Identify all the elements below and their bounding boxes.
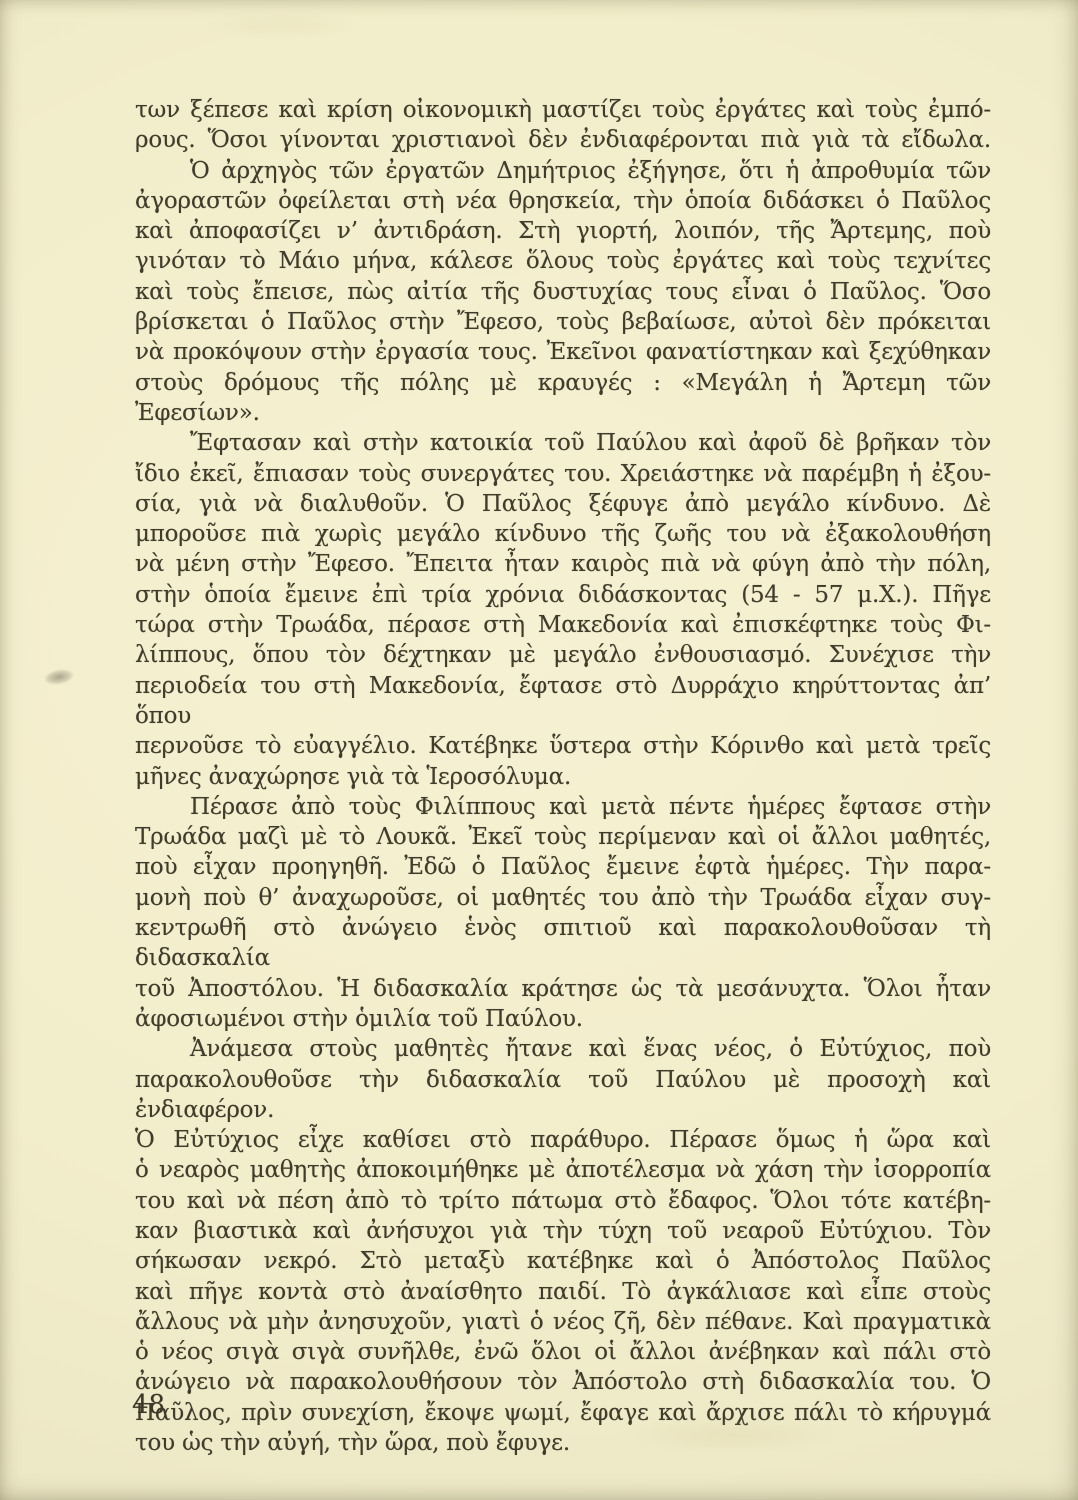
page-text: των ξέπεσε καὶ κρίση οἰκονομικὴ μαστίζει… xyxy=(135,95,991,1458)
page-number: 48 xyxy=(132,1390,165,1420)
text-line: ἀγοραστῶν ὀφείλεται στὴ νέα θρησκεία, τὴ… xyxy=(135,186,991,216)
text-line: ὁ νεαρὸς μαθητὴς ἀποκοιμήθηκε μὲ ἀποτέλε… xyxy=(135,1155,991,1185)
text-line: Ἔφτασαν καὶ στὴν κατοικία τοῦ Παύλου καὶ… xyxy=(135,428,991,458)
paragraph: Πέρασε ἀπὸ τοὺς Φιλίππους καὶ μετὰ πέντε… xyxy=(135,792,991,1034)
text-line: ἀνώγειο νὰ παρακολουθήσουν τὸν Ἀπόστολο … xyxy=(135,1367,991,1397)
text-line: παρακολουθοῦσε τὴν διδασκαλία τοῦ Παύλου… xyxy=(135,1065,991,1126)
text-line: καὶ πῆγε κοντὰ στὸ ἀναίσθητο παιδί. Τὸ ἀ… xyxy=(135,1277,991,1307)
paragraph: Ὁ ἀρχηγὸς τῶν ἐργατῶν Δημήτριος ἐξήγησε,… xyxy=(135,156,991,429)
text-line: Τρωάδα μαζὶ μὲ τὸ Λουκᾶ. Ἐκεῖ τοὺς περίμ… xyxy=(135,822,991,852)
pencil-smudge xyxy=(40,663,77,691)
text-line: περνοῦσε τὸ εὐαγγέλιο. Κατέβηκε ὕστερα σ… xyxy=(135,731,991,761)
text-line: λίππους, ὅπου τὸν δέχτηκαν μὲ μεγάλο ἐνθ… xyxy=(135,640,991,670)
paragraph: των ξέπεσε καὶ κρίση οἰκονομικὴ μαστίζει… xyxy=(135,95,991,156)
text-line: των ξέπεσε καὶ κρίση οἰκονομικὴ μαστίζει… xyxy=(135,95,991,125)
text-line: ἄλλους νὰ μὴν ἀνησυχοῦν, γιατὶ ὁ νέος ζῆ… xyxy=(135,1307,991,1337)
paper-stain xyxy=(620,1415,840,1455)
text-line: μποροῦσε πιὰ χωρὶς μεγάλο κίνδυνο τῆς ζω… xyxy=(135,519,991,549)
text-line: σία, γιὰ νὰ διαλυθοῦν. Ὁ Παῦλος ξέφυγε ἀ… xyxy=(135,489,991,519)
text-line: Πέρασε ἀπὸ τοὺς Φιλίππους καὶ μετὰ πέντε… xyxy=(135,792,991,822)
paragraph: Ἀνάμεσα στοὺς μαθητὲς ἤτανε καὶ ἕνας νέο… xyxy=(135,1034,991,1458)
text-line: νὰ προκόψουν στὴν ἐργασία τους. Ἐκεῖνοι … xyxy=(135,337,991,367)
text-line: Παῦλος, πρὶν συνεχίση, ἔκοψε ψωμί, ἔφαγε… xyxy=(135,1398,991,1428)
paper-stain xyxy=(200,10,360,40)
text-line: περιοδεία του στὴ Μακεδονία, ἔφτασε στὸ … xyxy=(135,671,991,732)
text-line: ποὺ εἶχαν προηγηθῆ. Ἐδῶ ὁ Παῦλος ἔμεινε … xyxy=(135,852,991,882)
text-line: του ὡς τὴν αὐγή, τὴν ὥρα, ποὺ ἔφυγε. xyxy=(135,1428,991,1458)
text-line: τώρα στὴν Τρωάδα, πέρασε στὴ Μακεδονία κ… xyxy=(135,610,991,640)
text-line: καὶ ἀποφασίζει ν’ ἀντιδράση. Στὴ γιορτή,… xyxy=(135,216,991,246)
text-line: μονὴ ποὺ θ’ ἀναχωροῦσε, οἱ μαθητές του ἀ… xyxy=(135,883,991,913)
text-line: γινόταν τὸ Μάιο μήνα, κάλεσε ὅλους τοὺς … xyxy=(135,246,991,276)
text-line: καὶ τοὺς ἔπεισε, πὼς αἰτία τῆς δυστυχίας… xyxy=(135,277,991,307)
text-line: νὰ μένη στὴν Ἔφεσο. Ἔπειτα ἦταν καιρὸς π… xyxy=(135,549,991,579)
book-page: των ξέπεσε καὶ κρίση οἰκονομικὴ μαστίζει… xyxy=(0,0,1078,1500)
paragraph: Ἔφτασαν καὶ στὴν κατοικία τοῦ Παύλου καὶ… xyxy=(135,428,991,792)
text-line: ρους. Ὅσοι γίνονται χριστιανοὶ δὲν ἐνδια… xyxy=(135,125,991,155)
text-line: ἴδιο ἐκεῖ, ἔπιασαν τοὺς συνεργάτες του. … xyxy=(135,459,991,489)
text-line: βρίσκεται ὁ Παῦλος στὴν Ἔφεσο, τοὺς βεβα… xyxy=(135,307,991,337)
text-line: Ἀνάμεσα στοὺς μαθητὲς ἤτανε καὶ ἕνας νέο… xyxy=(135,1034,991,1064)
text-line: στὴν ὁποία ἔμεινε ἐπὶ τρία χρόνια διδάσκ… xyxy=(135,580,991,610)
text-line: ἀφοσιωμένοι στὴν ὁμιλία τοῦ Παύλου. xyxy=(135,1004,991,1034)
text-line: Ὁ Εὐτύχιος εἶχε καθίσει στὸ παράθυρο. Πέ… xyxy=(135,1125,991,1155)
text-line: τοῦ Ἀποστόλου. Ἡ διδασκαλία κράτησε ὡς τ… xyxy=(135,974,991,1004)
text-line: μῆνες ἀναχώρησε γιὰ τὰ Ἱεροσόλυμα. xyxy=(135,762,991,792)
text-line: καν βιαστικὰ καὶ ἀνήσυχοι γιὰ τὴν τύχη τ… xyxy=(135,1216,991,1246)
text-line: ὁ νέος σιγὰ σιγὰ συνῆλθε, ἐνῶ ὅλοι οἱ ἄλ… xyxy=(135,1337,991,1367)
text-line: κεντρωθῆ στὸ ἀνώγειο ἑνὸς σπιτιοῦ καὶ πα… xyxy=(135,913,991,974)
text-line: σήκωσαν νεκρό. Στὸ μεταξὺ κατέβηκε καὶ ὁ… xyxy=(135,1246,991,1276)
text-line: στοὺς δρόμους τῆς πόλης μὲ κραυγές : «Με… xyxy=(135,368,991,398)
text-line: Ἐφεσίων». xyxy=(135,398,991,428)
text-line: του καὶ νὰ πέση ἀπὸ τὸ τρίτο πάτωμα στὸ … xyxy=(135,1186,991,1216)
text-line: Ὁ ἀρχηγὸς τῶν ἐργατῶν Δημήτριος ἐξήγησε,… xyxy=(135,156,991,186)
